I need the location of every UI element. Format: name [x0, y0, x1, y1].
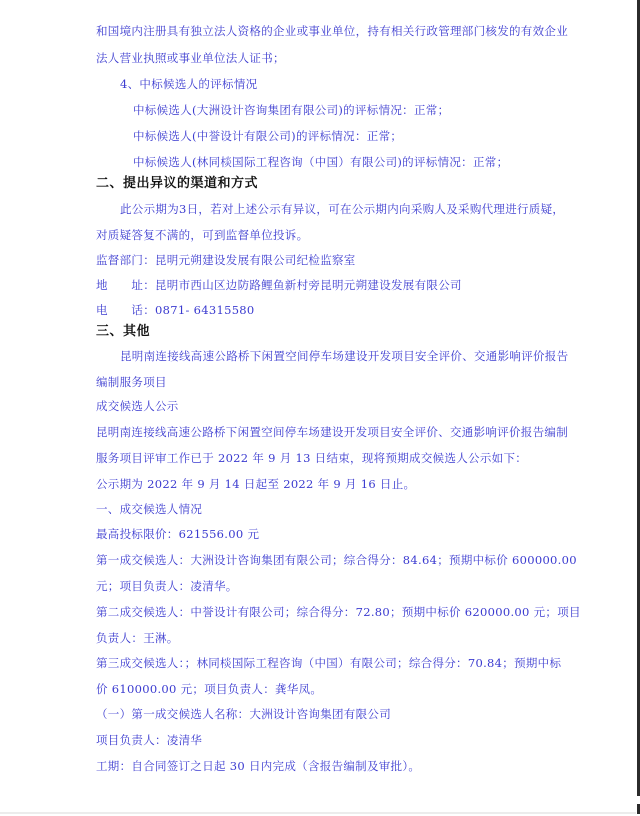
text-line: 中标候选人(大洲设计咨询集团有限公司)的评标情况：正常； — [133, 103, 449, 117]
text-line: 中标候选人(林同棪国际工程咨询（中国）有限公司)的评标情况：正常； — [133, 155, 508, 169]
text-line: 昆明南连接线高速公路桥下闲置空间停车场建设开发项目安全评价、交通影响评价报告编制 — [96, 425, 568, 439]
candidate-1-cont: 元；项目负责人：凌清华。 — [96, 579, 238, 593]
candidate-3-cont: 价 610000.00 元；项目负责人：龚华凤。 — [96, 682, 322, 696]
text-line: 服务项目评审工作已于 2022 年 9 月 13 日结束，现将预期成交候选人公示… — [96, 451, 527, 465]
text-line: 中标候选人(中誉设计有限公司)的评标情况：正常； — [133, 129, 402, 143]
max-bid-price: 最高投标限价：621556.00 元 — [96, 527, 259, 541]
text-line: 成交候选人公示 — [96, 399, 179, 413]
text-line: 公示期为 2022 年 9 月 14 日起至 2022 年 9 月 16 日止。 — [96, 477, 415, 491]
candidate-3: 第三成交候选人：；林同棪国际工程咨询（中国）有限公司；综合得分：70.84；预期… — [96, 656, 561, 670]
text-line: 和国境内注册具有独立法人资格的企业或事业单位，持有相关行政管理部门核发的有效企业 — [96, 24, 568, 38]
section-heading: 三、其他 — [96, 325, 150, 339]
phone: 电 话：0871- 64315580 — [96, 303, 255, 317]
page-bottom-border — [0, 812, 636, 814]
text-line: 昆明南连接线高速公路桥下闲置空间停车场建设开发项目安全评价、交通影响评价报告 — [120, 349, 568, 363]
text-line: 对质疑答复不满的，可到监督单位投诉。 — [96, 228, 308, 242]
text-line: 编制服务项目 — [96, 375, 167, 389]
text-line: 工期：自合同签订之日起 30 日内完成（含报告编制及审批）。 — [96, 759, 420, 773]
section-heading: 二、提出异议的渠道和方式 — [96, 177, 258, 191]
text-line: （一）第一成交候选人名称：大洲设计咨询集团有限公司 — [96, 707, 391, 721]
candidate-2: 第二成交候选人：中誉设计有限公司；综合得分：72.80；预期中标价 620000… — [96, 605, 581, 619]
address: 地 址：昆明市西山区边防路鲤鱼新村旁昆明元朔建设发展有限公司 — [96, 278, 462, 292]
text-line: 一、成交候选人情况 — [96, 502, 202, 516]
candidate-1: 第一成交候选人：大洲设计咨询集团有限公司；综合得分：84.64；预期中标价 60… — [96, 553, 577, 567]
text-line: 项目负责人：凌清华 — [96, 733, 202, 747]
subsection-heading: 4、中标候选人的评标情况 — [120, 77, 257, 91]
supervision-dept: 监督部门：昆明元朔建设发展有限公司纪检监察室 — [96, 253, 356, 267]
text-line: 此公示期为3日，若对上述公示有异议，可在公示期内向采购人及采购代理进行质疑， — [120, 202, 564, 216]
text-line: 法人营业执照或事业单位法人证书； — [96, 51, 285, 65]
document-page: 和国境内注册具有独立法人资格的企业或事业单位，持有相关行政管理部门核发的有效企业… — [0, 0, 636, 812]
candidate-2-cont: 负责人：王淋。 — [96, 631, 179, 645]
